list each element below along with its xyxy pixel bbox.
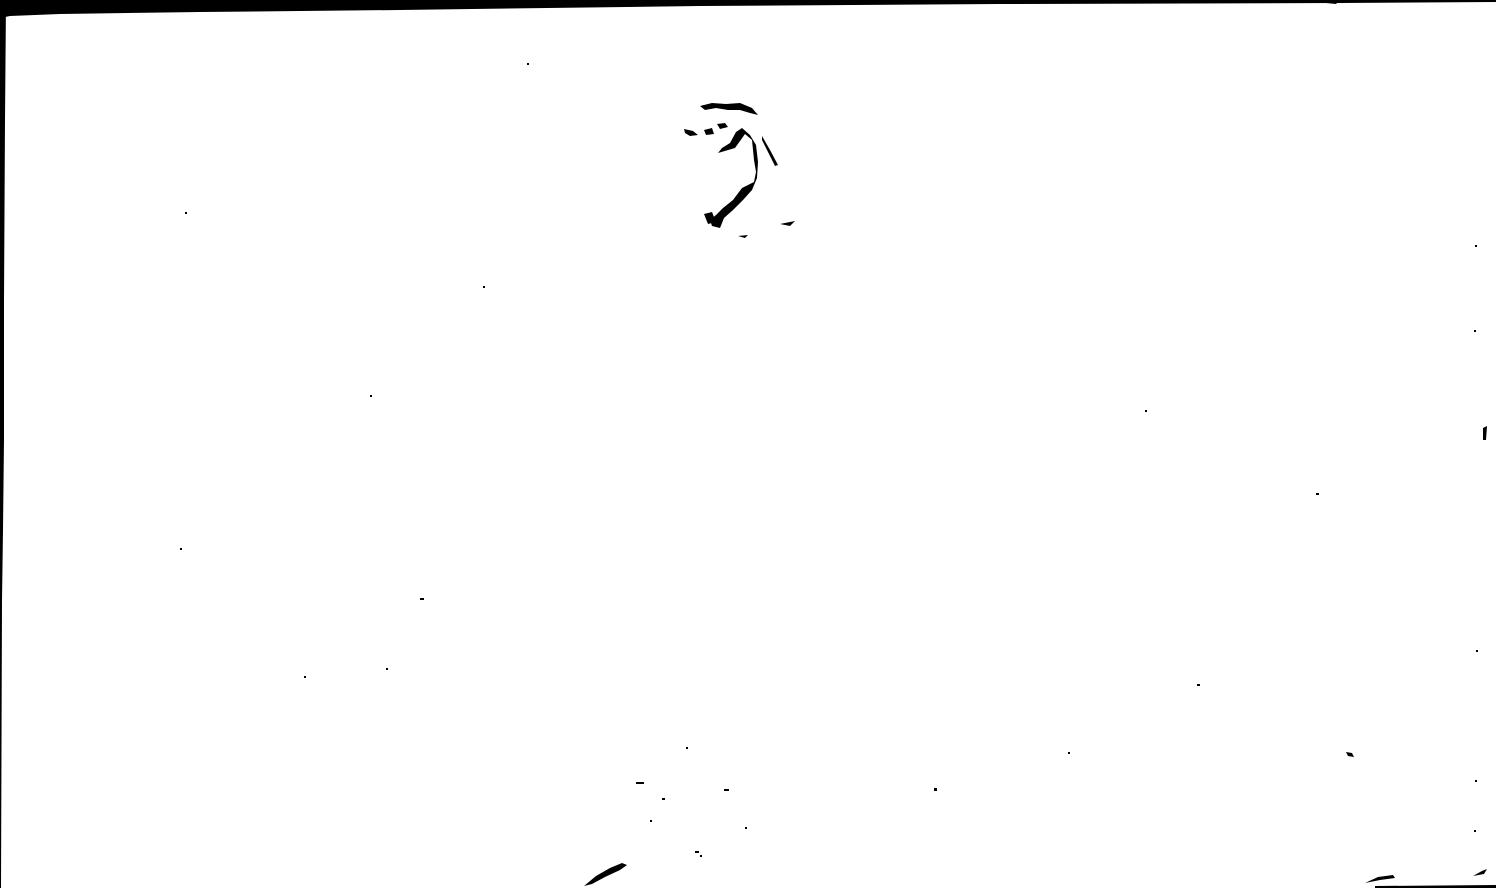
bottom-left-streak — [584, 863, 627, 886]
top-border — [0, 0, 1496, 18]
bottom-right-streaks — [1346, 426, 1496, 888]
photo-shapes — [0, 0, 1496, 888]
left-border — [0, 0, 6, 888]
dark-blob — [684, 103, 795, 238]
speckle-noise — [180, 63, 1478, 857]
binarized-photo: High-contrast binarized photograph: most… — [0, 0, 1496, 888]
